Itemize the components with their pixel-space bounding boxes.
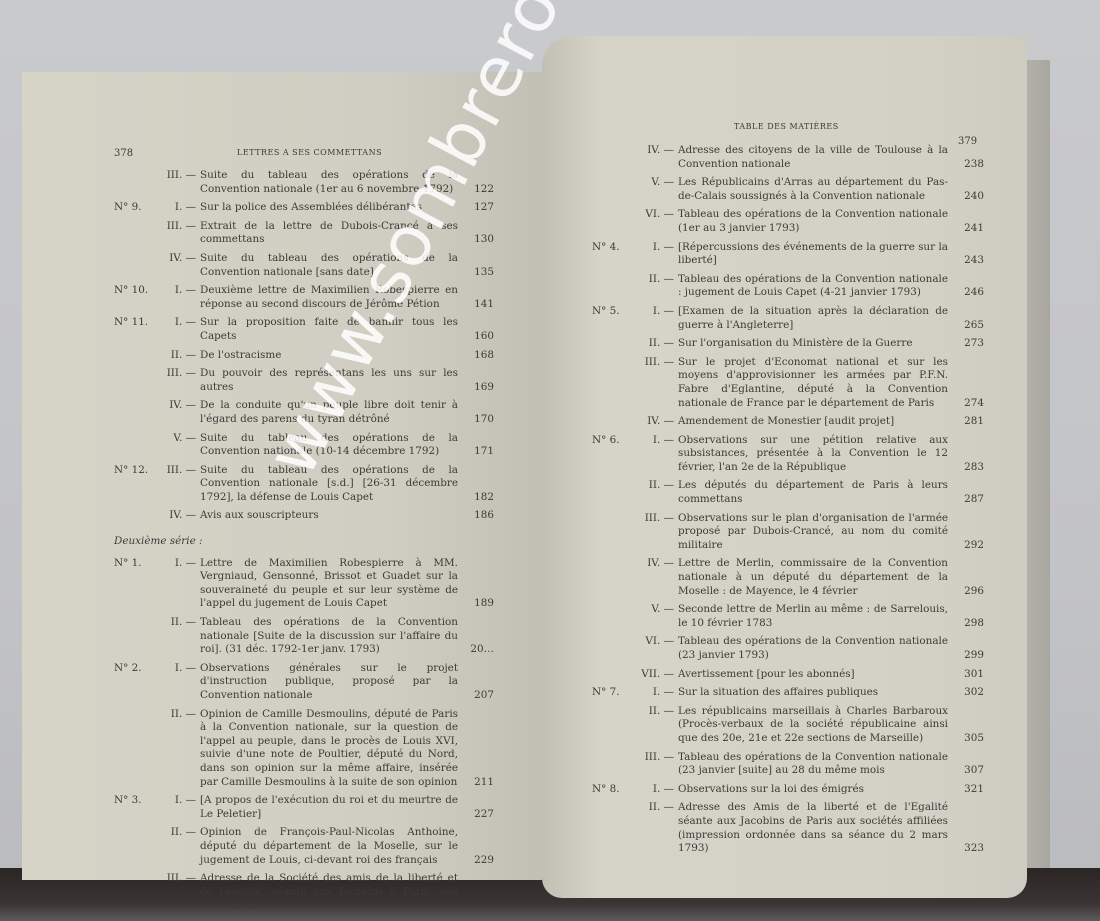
entry-roman: II. — (152, 708, 200, 790)
entry-number: N° 6. (592, 434, 630, 475)
entry-roman: I. — (152, 316, 200, 343)
toc-entry: N° 11.I. —Sur la proposition faite de ba… (114, 316, 494, 343)
entry-page: 301 (948, 668, 984, 682)
entry-title: Adresse des citoyens de la ville de Toul… (678, 144, 948, 171)
entry-roman: I. — (630, 686, 678, 700)
entry-roman: III. — (630, 751, 678, 778)
entry-number (592, 415, 630, 429)
entry-page: 238 (458, 899, 494, 913)
entry-number (114, 169, 152, 196)
entry-roman: IV. — (630, 415, 678, 429)
entry-page: 229 (458, 854, 494, 868)
entry-roman: III. — (630, 356, 678, 410)
toc-entry: N° 1.I. —Lettre de Maximilien Robespierr… (114, 557, 494, 611)
entry-page: 186 (458, 509, 494, 523)
toc-entry: VI. —Tableau des opérations de la Conven… (592, 635, 984, 662)
toc-entry: II. —Adresse des Amis de la liberté et d… (592, 801, 984, 855)
entry-page: 265 (948, 319, 984, 333)
entry-title: Lettre de Maximilien Robespierre à MM. V… (200, 557, 458, 611)
entry-number (114, 432, 152, 459)
toc-entry: IV. —Suite du tableau des opérations de … (114, 252, 494, 279)
entry-page: 168 (458, 349, 494, 363)
toc-entry: N° 12.III. —Suite du tableau des opérati… (114, 464, 494, 505)
toc-entry: N° 10.I. —Deuxième lettre de Maximilien … (114, 284, 494, 311)
entry-title: [Examen de la situation après la déclara… (678, 305, 948, 332)
toc-entry: II. —Les républicains marseillais à Char… (592, 705, 984, 746)
toc-entry: III. —Observations sur le plan d'organis… (592, 512, 984, 553)
section-heading: Deuxième série : (114, 535, 494, 549)
entry-page: 298 (948, 617, 984, 631)
toc-entry: III. —Adresse de la Société des amis de … (114, 872, 494, 913)
entry-title: [A propos de l'exécution du roi et du me… (200, 794, 458, 821)
entry-number: N° 5. (592, 305, 630, 332)
entry-number (592, 512, 630, 553)
toc-entry: II. —Opinion de François-Paul-Nicolas An… (114, 826, 494, 867)
entry-number (114, 826, 152, 867)
entry-number (114, 349, 152, 363)
toc-entry: II. —Les députés du département de Paris… (592, 479, 984, 506)
entry-title: Sur le projet d'Economat national et sur… (678, 356, 948, 410)
entry-title: Observations sur la loi des émigrés (678, 783, 948, 797)
entry-title: Suite du tableau des opérations de la Co… (200, 432, 458, 459)
toc-entry: II. —Opinion de Camille Desmoulins, dépu… (114, 708, 494, 790)
toc-entry: V. —Les Républicains d'Arras au départem… (592, 176, 984, 203)
entry-title: Sur la proposition faite de bannir tous … (200, 316, 458, 343)
entry-page: 273 (948, 337, 984, 351)
entry-page: 20… (458, 643, 494, 657)
entry-title: Tableau des opérations de la Convention … (678, 635, 948, 662)
entry-title: [Répercussions des événements de la guer… (678, 241, 948, 268)
entry-number (592, 705, 630, 746)
entry-page: 305 (948, 732, 984, 746)
entry-roman: II. — (152, 349, 200, 363)
toc-entry: II. —Tableau des opérations de la Conven… (114, 616, 494, 657)
entry-roman: II. — (630, 479, 678, 506)
entry-number (592, 603, 630, 630)
entry-title: Du pouvoir des représentans les uns sur … (200, 367, 458, 394)
entry-number: N° 7. (592, 686, 630, 700)
entry-number (114, 399, 152, 426)
entry-title: Tableau des opérations de la Convention … (678, 273, 948, 300)
entry-title: Extrait de la lettre de Dubois-Crancé à … (200, 220, 458, 247)
entry-title: Adresse des Amis de la liberté et de l'E… (678, 801, 948, 855)
entry-page: 246 (948, 286, 984, 300)
toc-entry: IV. —De la conduite qu'un peuple libre d… (114, 399, 494, 426)
entry-roman: IV. — (630, 557, 678, 598)
entry-page: 241 (948, 222, 984, 236)
entry-page: 127 (458, 201, 494, 215)
toc-entry: N° 5.I. —[Examen de la situation après l… (592, 305, 984, 332)
entry-title: Lettre de Merlin, commissaire de la Conv… (678, 557, 948, 598)
entry-page: 141 (458, 298, 494, 312)
running-head: TABLE DES MATIÈRES (734, 122, 839, 131)
entry-roman: IV. — (152, 509, 200, 523)
entry-title: Avis aux souscripteurs (200, 509, 458, 523)
left-page: 378 LETTRES A SES COMMETTANS III. —Suite… (22, 72, 542, 880)
entry-roman: II. — (152, 826, 200, 867)
toc-entry: III. —Sur le projet d'Economat national … (592, 356, 984, 410)
right-page: TABLE DES MATIÈRES 379 IV. —Adresse des … (542, 36, 1027, 898)
entry-roman: I. — (152, 201, 200, 215)
entry-page: 274 (948, 397, 984, 411)
entry-page: 160 (458, 330, 494, 344)
entry-number (592, 144, 630, 171)
toc-entry: III. —Suite du tableau des opérations de… (114, 169, 494, 196)
entry-number (114, 252, 152, 279)
entry-roman: III. — (152, 464, 200, 505)
entry-title: De la conduite qu'un peuple libre doit t… (200, 399, 458, 426)
entry-title: Seconde lettre de Merlin au même : de Sa… (678, 603, 948, 630)
entry-page: 169 (458, 381, 494, 395)
entry-title: Les républicains marseillais à Charles B… (678, 705, 948, 746)
entry-number (592, 208, 630, 235)
entry-number (114, 708, 152, 790)
entry-roman: V. — (630, 176, 678, 203)
entry-title: Suite du tableau des opérations de la Co… (200, 252, 458, 279)
entry-number (592, 337, 630, 351)
entry-roman: VI. — (630, 208, 678, 235)
entry-title: Amendement de Monestier [audit projet] (678, 415, 948, 429)
entry-title: Suite du tableau des opérations de la Co… (200, 169, 458, 196)
entry-roman: I. — (152, 662, 200, 703)
entry-roman: I. — (152, 557, 200, 611)
entry-page: 207 (458, 689, 494, 703)
entry-title: Sur l'organisation du Ministère de la Gu… (678, 337, 948, 351)
entry-roman: I. — (630, 783, 678, 797)
entry-roman: III. — (630, 512, 678, 553)
entry-title: Deuxième lettre de Maximilien Robespierr… (200, 284, 458, 311)
entry-number (114, 509, 152, 523)
entry-roman: IV. — (630, 144, 678, 171)
entry-title: Observations sur le plan d'organisation … (678, 512, 948, 553)
page-number: 378 (114, 148, 133, 159)
entry-number (592, 176, 630, 203)
entry-roman: III. — (152, 872, 200, 913)
entry-page: 296 (948, 585, 984, 599)
toc-entry: VI. —Tableau des opérations de la Conven… (592, 208, 984, 235)
entry-title: Opinion de Camille Desmoulins, député de… (200, 708, 458, 790)
entry-number: N° 11. (114, 316, 152, 343)
entry-roman: IV. — (152, 399, 200, 426)
entry-number: N° 8. (592, 783, 630, 797)
toc-entry: VII. —Avertissement [pour les abonnés]30… (592, 668, 984, 682)
entry-roman: III. — (152, 169, 200, 196)
entry-page: 130 (458, 233, 494, 247)
entry-page: 299 (948, 649, 984, 663)
toc-entry: II. —De l'ostracisme168 (114, 349, 494, 363)
entry-number (114, 220, 152, 247)
entry-roman: II. — (630, 273, 678, 300)
toc-entry: III. —Du pouvoir des représentans les un… (114, 367, 494, 394)
toc-entry: IV. —Lettre de Merlin, commissaire de la… (592, 557, 984, 598)
entry-roman: V. — (630, 603, 678, 630)
entry-title: Avertissement [pour les abonnés] (678, 668, 948, 682)
entry-roman: V. — (152, 432, 200, 459)
entry-number (114, 872, 152, 913)
entry-roman: IV. — (152, 252, 200, 279)
entry-roman: I. — (630, 305, 678, 332)
entry-roman: I. — (152, 794, 200, 821)
entry-page: 238 (948, 158, 984, 172)
entry-roman: VII. — (630, 668, 678, 682)
toc-entry: II. —Tableau des opérations de la Conven… (592, 273, 984, 300)
toc-entry: N° 4.I. —[Répercussions des événements d… (592, 241, 984, 268)
table-of-contents: III. —Suite du tableau des opérations de… (114, 169, 494, 918)
entry-page: 292 (948, 539, 984, 553)
toc-entry: V. —Seconde lettre de Merlin au même : d… (592, 603, 984, 630)
entry-title: Les députés du département de Paris à le… (678, 479, 948, 506)
entry-number: N° 2. (114, 662, 152, 703)
toc-entry: V. —Suite du tableau des opérations de l… (114, 432, 494, 459)
entry-roman: II. — (152, 616, 200, 657)
entry-title: De l'ostracisme (200, 349, 458, 363)
entry-page: 227 (458, 808, 494, 822)
toc-entry: II. —Sur l'organisation du Ministère de … (592, 337, 984, 351)
entry-title: Suite du tableau des opérations de la Co… (200, 464, 458, 505)
entry-roman: III. — (152, 367, 200, 394)
toc-entry: IV. —Amendement de Monestier [audit proj… (592, 415, 984, 429)
entry-number: N° 10. (114, 284, 152, 311)
entry-number: N° 3. (114, 794, 152, 821)
toc-entry: III. —Extrait de la lettre de Dubois-Cra… (114, 220, 494, 247)
entry-number (114, 616, 152, 657)
entry-page: 211 (458, 776, 494, 790)
entry-number (592, 751, 630, 778)
entry-page: 302 (948, 686, 984, 700)
toc-entry: N° 3.I. —[A propos de l'exécution du roi… (114, 794, 494, 821)
entry-roman: II. — (630, 801, 678, 855)
entry-number (592, 668, 630, 682)
entry-roman: II. — (630, 705, 678, 746)
entry-number: N° 12. (114, 464, 152, 505)
entry-title: Tableau des opérations de la Convention … (678, 751, 948, 778)
entry-number (114, 367, 152, 394)
entry-page: 281 (948, 415, 984, 429)
entry-page: 287 (948, 493, 984, 507)
entry-page: 189 (458, 597, 494, 611)
entry-page: 243 (948, 254, 984, 268)
entry-title: Sur la situation des affaires publiques (678, 686, 948, 700)
entry-page: 240 (948, 190, 984, 204)
entry-number: N° 1. (114, 557, 152, 611)
entry-page: 135 (458, 266, 494, 280)
entry-page: 283 (948, 461, 984, 475)
entry-number (592, 479, 630, 506)
toc-entry: N° 9.I. —Sur la police des Assemblées dé… (114, 201, 494, 215)
toc-entry: N° 8.I. —Observations sur la loi des émi… (592, 783, 984, 797)
entry-roman: II. — (630, 337, 678, 351)
table-of-contents: IV. —Adresse des citoyens de la ville de… (592, 144, 984, 861)
entry-number (592, 635, 630, 662)
entry-roman: I. — (630, 434, 678, 475)
entry-title: Tableau des opérations de la Convention … (200, 616, 458, 657)
entry-page: 170 (458, 413, 494, 427)
toc-entry: N° 6.I. —Observations sur une pétition r… (592, 434, 984, 475)
entry-title: Opinion de François-Paul-Nicolas Anthoin… (200, 826, 458, 867)
toc-entry: N° 2.I. —Observations générales sur le p… (114, 662, 494, 703)
entry-number: N° 4. (592, 241, 630, 268)
entry-number (592, 273, 630, 300)
entry-number (592, 356, 630, 410)
entry-roman: I. — (630, 241, 678, 268)
entry-title: Les Républicains d'Arras au département … (678, 176, 948, 203)
toc-entry: IV. —Adresse des citoyens de la ville de… (592, 144, 984, 171)
running-head: LETTRES A SES COMMETTANS (237, 148, 382, 157)
entry-roman: I. — (152, 284, 200, 311)
entry-roman: III. — (152, 220, 200, 247)
entry-title: Tableau des opérations de la Convention … (678, 208, 948, 235)
entry-roman: VI. — (630, 635, 678, 662)
entry-number (592, 557, 630, 598)
entry-title: Observations sur une pétition relative a… (678, 434, 948, 475)
toc-entry: N° 7.I. —Sur la situation des affaires p… (592, 686, 984, 700)
entry-title: Sur la police des Assemblées délibérante… (200, 201, 458, 215)
entry-title: Adresse de la Société des amis de la lib… (200, 872, 458, 913)
entry-page: 182 (458, 491, 494, 505)
entry-page: 171 (458, 445, 494, 459)
entry-title: Observations générales sur le projet d'i… (200, 662, 458, 703)
toc-entry: III. —Tableau des opérations de la Conve… (592, 751, 984, 778)
entry-number: N° 9. (114, 201, 152, 215)
entry-page: 122 (458, 183, 494, 197)
entry-number (592, 801, 630, 855)
toc-entry: IV. —Avis aux souscripteurs186 (114, 509, 494, 523)
entry-page: 307 (948, 764, 984, 778)
entry-page: 321 (948, 783, 984, 797)
entry-page: 323 (948, 842, 984, 856)
